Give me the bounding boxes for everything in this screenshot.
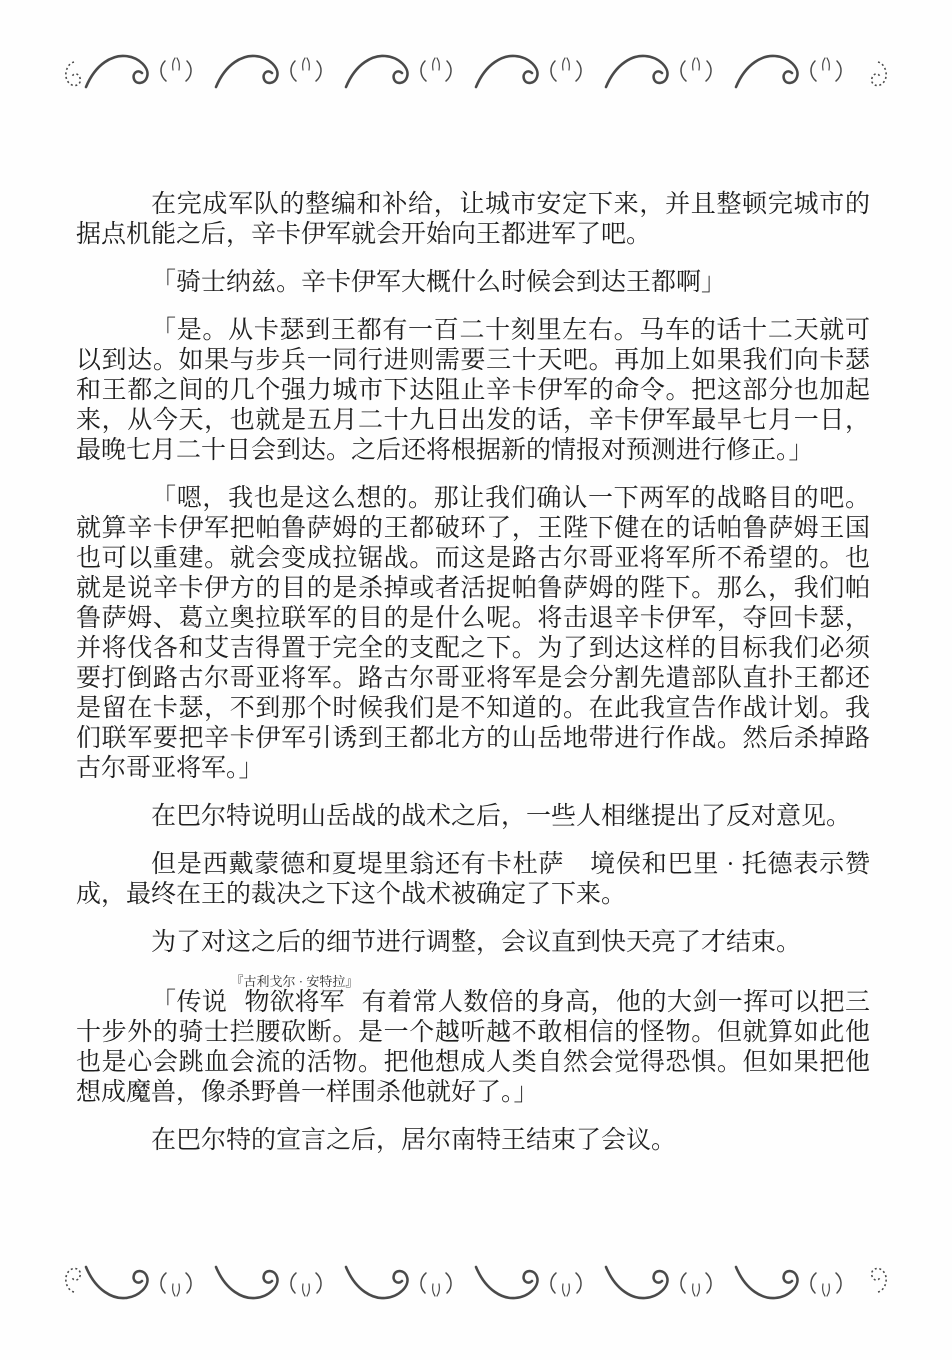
page: 在完成军队的整编和补给，让城市安定下来，并且整顿完城市的据点机能之后，辛卡伊军就… (0, 0, 952, 1360)
ruby-base: 物欲将军 (231, 989, 359, 1016)
paragraph-9: 在巴尔特的宣言之后，居尔南特王结束了会议。 (76, 1126, 870, 1156)
paragraph-1: 在完成军队的整编和补给，让城市安定下来，并且整顿完城市的据点机能之后，辛卡伊军就… (76, 190, 870, 250)
paragraph-2: 「骑士纳兹。辛卡伊军大概什么时候会到达王都啊」 (76, 268, 870, 298)
paragraph-8: 「传说 物欲将军『古利戈尔 · 安特拉』 有着常人数倍的身高，他的大剑一挥可以把… (76, 974, 870, 1108)
paragraph-8-before: 「传说 (151, 989, 234, 1016)
paragraph-3: 「是。从卡瑟到王都有一百二十刻里左右。马车的话十二天就可以到达。如果与步兵一同行… (76, 316, 870, 466)
paragraph-7: 为了对这之后的细节进行调整，会议直到快天亮了才结束。 (76, 928, 870, 958)
paragraph-4: 「嗯，我也是这么想的。那让我们确认一下两军的战略目的吧。就算辛卡伊军把帕鲁萨姆的… (76, 484, 870, 784)
top-flourish-border-icon (62, 50, 890, 96)
bottom-flourish-border-icon (62, 1258, 890, 1304)
novel-text: 在完成军队的整编和补给，让城市安定下来，并且整顿完城市的据点机能之后，辛卡伊军就… (76, 190, 870, 1174)
paragraph-6: 但是西戴蒙德和夏堤里翁还有卡杜萨 境侯和巴里 · 托德表示赞成，最终在王的裁决之… (76, 850, 870, 910)
ruby-text: 『古利戈尔 · 安特拉』 (231, 974, 359, 989)
ruby-annotation: 物欲将军『古利戈尔 · 安特拉』 (234, 989, 355, 1016)
paragraph-5: 在巴尔特说明山岳战的战术之后，一些人相继提出了反对意见。 (76, 802, 870, 832)
